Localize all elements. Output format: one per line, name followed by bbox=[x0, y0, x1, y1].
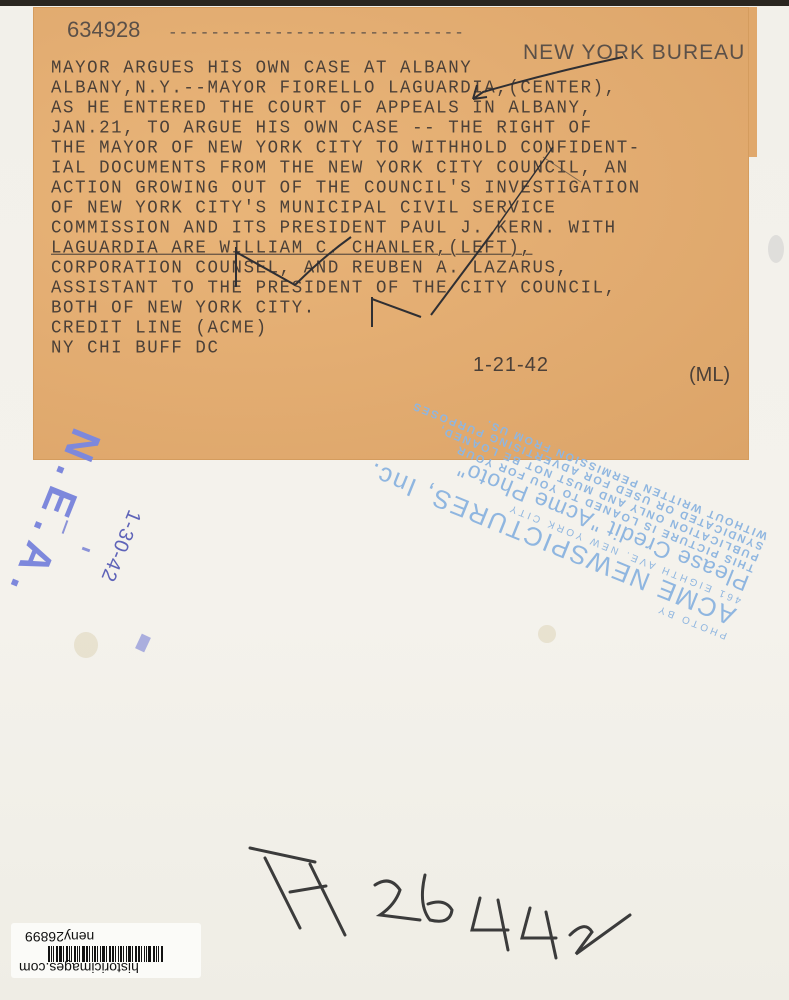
barcode-bar bbox=[148, 946, 151, 962]
inventory-code: neny26899 bbox=[25, 929, 94, 945]
paper-stain bbox=[768, 235, 784, 263]
caption-tab bbox=[749, 7, 757, 157]
source-site: historicimages.com bbox=[19, 960, 139, 976]
paper-stain bbox=[74, 632, 98, 658]
barcode-bar bbox=[161, 946, 163, 962]
inventory-label: neny26899 historicimages.com bbox=[11, 923, 201, 978]
handwritten-archive-number: A 26442 bbox=[240, 820, 640, 970]
barcode-bar bbox=[156, 946, 157, 962]
paper-stain bbox=[538, 625, 556, 643]
barcode-bar bbox=[146, 946, 147, 962]
barcode-bar bbox=[141, 946, 142, 962]
barcode-bar bbox=[158, 946, 159, 962]
barcode-bar bbox=[144, 946, 145, 962]
barcode-bar bbox=[153, 946, 155, 962]
